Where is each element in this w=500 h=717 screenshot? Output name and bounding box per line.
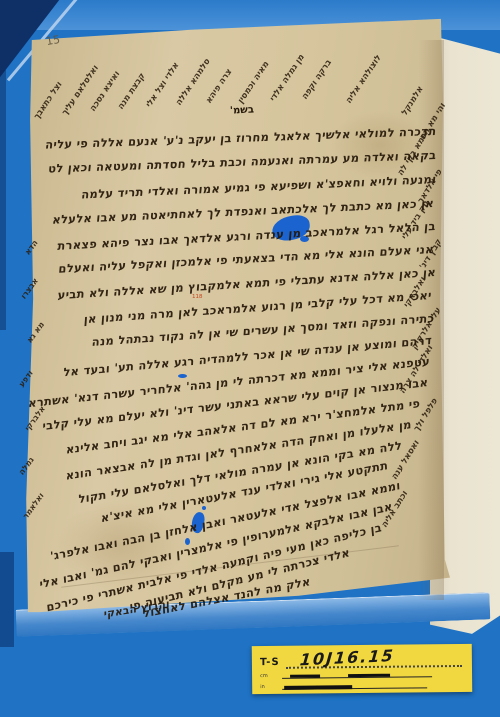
ruler-segment [348, 674, 390, 677]
classmark-label: T-S 10J16.15 cm in [252, 644, 472, 694]
blue-ink-blot-dot [202, 506, 206, 510]
photo-of-genizah-fragment: 15 118 בשמ' תדכרה למולאי אלשיך אלאגל מחר… [0, 0, 500, 717]
ruler-segment [284, 685, 352, 690]
basmala-header: בשמ' [230, 104, 255, 116]
folder-left-edge-bottom [0, 552, 14, 647]
classmark-row: T-S 10J16.15 [260, 649, 464, 671]
folio-number-pencil: 15 [45, 33, 61, 48]
small-red-mark: 118 [192, 294, 203, 300]
folder-left-edge [0, 70, 6, 330]
ruler-in-unit: in [260, 684, 265, 690]
blue-ink-mark-small [178, 374, 187, 378]
ruler-segment [290, 674, 320, 677]
ruler-in-bar [282, 684, 432, 690]
ruler-in-row: in [260, 682, 464, 693]
ruler-cm-unit: cm [260, 673, 268, 679]
ruler-cm-row: cm [260, 671, 464, 682]
library-prefix: T-S [260, 657, 280, 668]
ruler-cm-bar [282, 673, 432, 679]
